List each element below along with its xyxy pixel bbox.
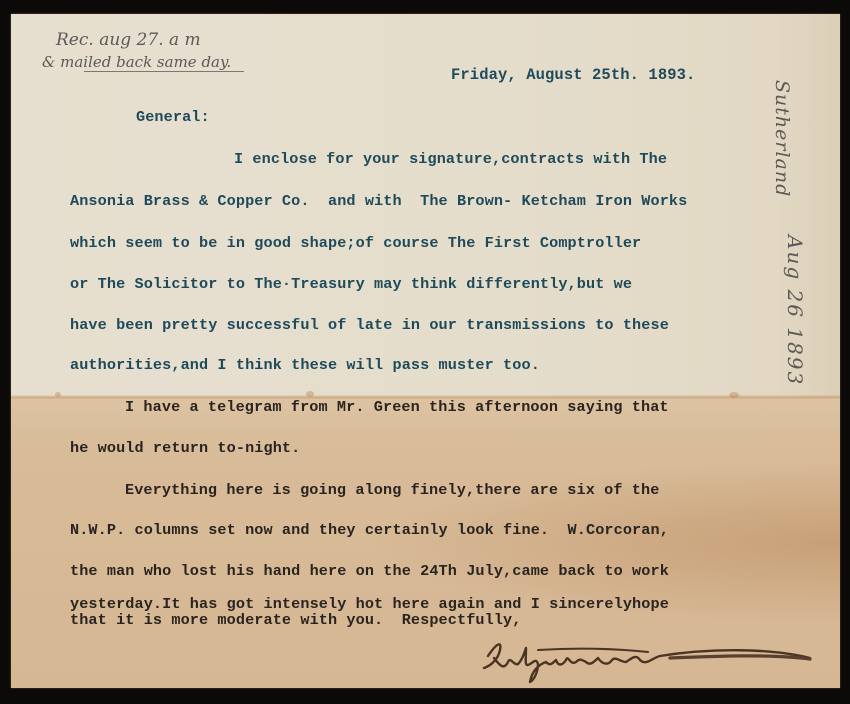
body-line: have been pretty successful of late in o…: [70, 318, 669, 333]
handwritten-received-note-line2: & mailed back same day.: [42, 53, 231, 71]
date-line: Friday, August 25th. 1893.: [451, 68, 695, 84]
body-line: I have a telegram from Mr. Green this af…: [125, 400, 669, 415]
body-line: the man who lost his hand here on the 24…: [70, 564, 669, 579]
margin-note-name: Sutherland: [771, 80, 793, 197]
note-underline: [84, 71, 244, 72]
body-line: which seem to be in good shape;of course…: [70, 236, 641, 251]
margin-note-date: Aug 26 1893: [783, 235, 807, 386]
stain-spot: [55, 392, 61, 397]
body-line: he would return to-night.: [70, 441, 300, 456]
body-line: I enclose for your signature,contracts w…: [234, 152, 667, 167]
signature: [480, 636, 820, 686]
salutation: General:: [136, 110, 210, 125]
stain-spot: [729, 392, 739, 398]
body-line: N.W.P. columns set now and they certainl…: [70, 523, 669, 538]
handwritten-received-note-line1: Rec. aug 27. a m: [56, 30, 201, 50]
body-line: that it is more moderate with you. Respe…: [70, 613, 522, 628]
body-line: or The Solicitor to The·Treasury may thi…: [70, 277, 632, 292]
body-line: authorities,and I think these will pass …: [70, 358, 540, 373]
body-line: yesterday.It has got intensely hot here …: [70, 597, 669, 612]
stain-spot: [306, 391, 314, 397]
body-line: Ansonia Brass & Copper Co. and with The …: [70, 194, 687, 209]
body-line: Everything here is going along finely,th…: [125, 483, 659, 498]
